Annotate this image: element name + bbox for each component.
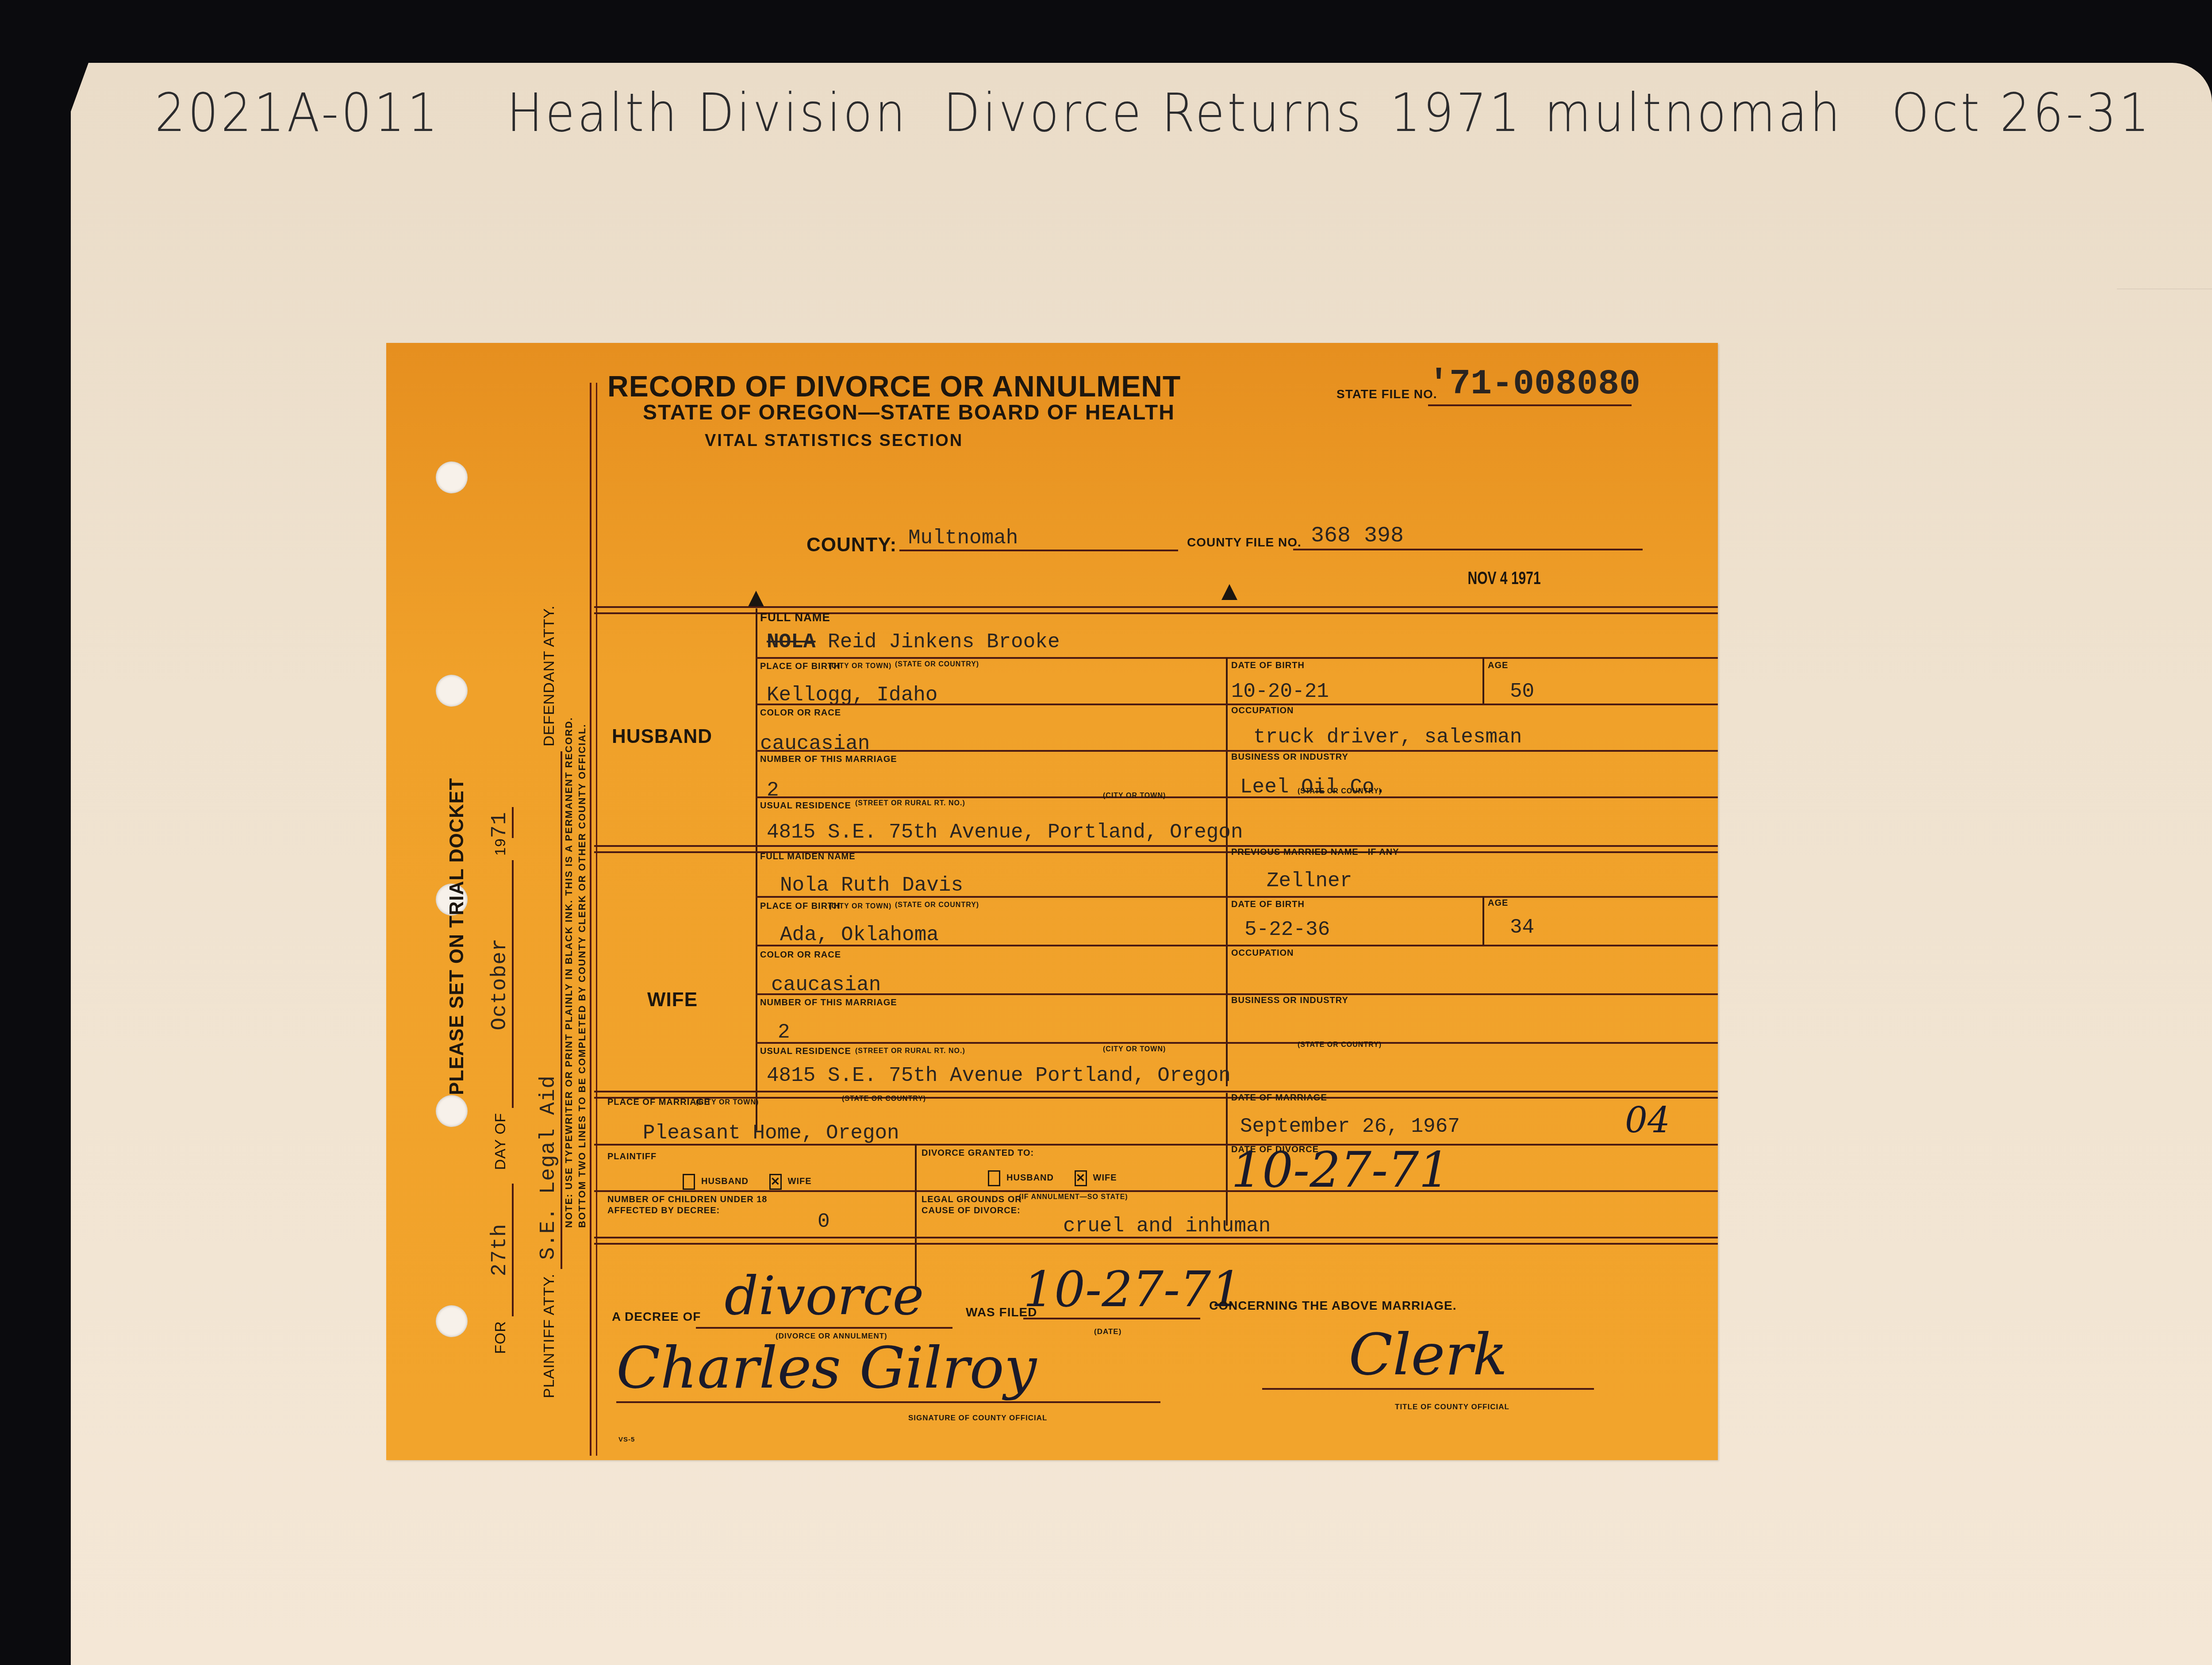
rule [756,657,1718,659]
granted-wife-checkbox[interactable]: ✕ [1075,1170,1087,1186]
wife-residence-field[interactable]: 4815 S.E. 75th Avenue Portland, Oregon [767,1064,1231,1087]
children-label-2: AFFECTED BY DECREE: [607,1206,720,1216]
marriage-place-label: PLACE OF MARRIAGE [607,1097,710,1107]
margin-code: 04 [1625,1100,1670,1141]
folder-accession: 2021A-011 [155,83,440,151]
wife-maiden-name-field[interactable]: Nola Ruth Davis [780,874,963,897]
rule [1226,1093,1228,1226]
form-subtitle: STATE OF OREGON—STATE BOARD OF HEALTH [643,400,1175,425]
wife-age-field[interactable]: 34 [1510,916,1534,939]
granted-to-options: HUSBAND ✕WIFE [988,1170,1117,1186]
folder-corner-cut [71,63,88,112]
rule [1482,657,1484,704]
rule [756,945,1718,946]
husband-age-label: AGE [1488,661,1508,671]
wife-maiden-name-label: FULL MAIDEN NAME [760,852,856,862]
rule [756,796,1718,798]
hint: (STREET OR RURAL RT. NO.) [855,1047,965,1055]
decree-prefix: A DECREE OF [612,1310,701,1324]
plaintiff-label: PLAINTIFF [607,1152,657,1162]
folder-handwritten-label: 2021A-011 Health Division Divorce Return… [155,83,2190,151]
wife-residence-label: USUAL RESIDENCE [760,1046,851,1057]
marriage-place-field[interactable]: Pleasant Home, Oregon [643,1122,899,1145]
wife-prev-name-label: PREVIOUS MARRIED NAME—IF ANY [1231,847,1399,857]
state-file-label: STATE FILE NO. [1336,387,1437,401]
rule [594,1237,1718,1245]
rule [594,1091,1718,1099]
county-field[interactable]: Multnomah [899,527,1178,551]
hint: (CITY OR TOWN) [696,1099,759,1107]
binder-hole [436,675,468,707]
husband-marriage-no-label: NUMBER OF THIS MARRIAGE [760,754,897,765]
husband-race-label: COLOR OR RACE [760,708,841,718]
plaintiff-attorney-field[interactable]: S.E. Legal Aid [537,751,562,1269]
rule [756,750,1718,752]
wife-dob-label: DATE OF BIRTH [1231,900,1305,910]
folder-year: 1971 [1390,83,1522,151]
wife-section-label: WIFE [647,989,698,1011]
wife-marriage-no-label: NUMBER OF THIS MARRIAGE [760,998,897,1008]
alignment-marker [748,591,764,607]
hint: (CITY OR TOWN) [1103,792,1166,800]
county-file-label: COUNTY FILE NO. [1187,535,1302,550]
wife-age-label: AGE [1488,898,1508,908]
rule [594,1144,1718,1146]
hint: (STREET OR RURAL RT. NO.) [855,800,965,808]
rule [756,1042,1718,1044]
plaintiff-options: HUSBAND ✕WIFE [683,1174,812,1190]
wife-race-label: COLOR OR RACE [760,950,841,960]
plaintiff-wife-checkbox[interactable]: ✕ [769,1174,782,1190]
county-label: COUNTY: [806,534,897,556]
granted-to-label: DIVORCE GRANTED TO: [922,1148,1034,1158]
rule [756,704,1718,705]
children-field[interactable]: 0 [818,1210,830,1233]
husband-occupation-label: OCCUPATION [1231,706,1294,716]
husband-business-label: BUSINESS OR INDUSTRY [1231,752,1348,762]
stub-divider [590,383,597,1456]
rule [756,993,1718,995]
docket-year[interactable]: 71 [488,807,514,838]
husband-residence-field[interactable]: 4815 S.E. 75th Avenue, Portland, Oregon [767,821,1243,844]
marriage-date-field[interactable]: September 26, 1967 [1240,1115,1460,1138]
hint: (CITY OR TOWN) [829,903,891,911]
folder-range: Oct 26-31 [1892,83,2152,151]
hint: (STATE OR COUNTRY) [1298,788,1382,796]
official-title-field[interactable]: Clerk [1262,1321,1594,1390]
docket-day[interactable]: 27th [488,1184,514,1316]
received-date-stamp: NOV 4 1971 [1468,569,1541,588]
folder-series: Divorce Returns [943,83,1363,151]
wife-birthplace-field[interactable]: Ada, Oklahoma [780,923,939,946]
hint: (STATE OR COUNTRY) [895,901,979,909]
county-file-number[interactable]: 368 398 [1293,523,1643,550]
wife-prev-name-field[interactable]: Zellner [1267,869,1352,892]
docket-note-1: NOTE: USE TYPEWRITER OR PRINT PLAINLY IN… [563,717,575,1228]
folder-agency: Health Division [507,83,908,151]
docket-note-2: BOTTOM TWO LINES TO BE COMPLETED BY COUN… [576,723,588,1228]
husband-race-field[interactable]: caucasian [760,732,870,755]
husband-marriage-no-field[interactable]: 2 [767,779,779,802]
rule [1226,847,1228,1086]
husband-residence-label: USUAL RESIDENCE [760,801,851,811]
rule [594,1190,1718,1192]
wife-dob-field[interactable]: 5-22-36 [1244,918,1330,941]
docket-attorneys: PLAINTIFF ATTY. S.E. Legal Aid DEFENDANT… [537,605,562,1398]
docket-for-label: FOR 27th DAY OF October 1971 [488,807,514,1354]
grounds-hint: (IF ANNULMENT—SO STATE) [1019,1193,1128,1201]
divorce-date-field[interactable]: 10-27-71 [1231,1142,1450,1198]
rule [756,608,757,1131]
marriage-date-label: DATE OF MARRIAGE [1231,1093,1327,1103]
grounds-label: LEGAL GROUNDS OR [922,1195,1022,1205]
hint: (CITY OR TOWN) [829,662,891,670]
folder-county: multnomah [1544,83,1843,151]
husband-name-field[interactable]: NOLA Reid Jinkens Brooke [767,631,1060,654]
docket-month[interactable]: October [488,860,514,1108]
binder-hole [436,1305,468,1337]
hint: (CITY OR TOWN) [1103,1046,1166,1054]
husband-name-label: FULL NAME [760,611,830,624]
form-title: RECORD OF DIVORCE OR ANNULMENT [607,369,1181,403]
children-label: NUMBER OF CHILDREN UNDER 18 [607,1195,767,1205]
hint: (STATE OR COUNTRY) [895,661,979,669]
form-section: VITAL STATISTICS SECTION [705,431,963,450]
rule [756,896,1718,898]
filed-date-field[interactable]: 10-27-71 [1023,1261,1200,1319]
divorce-record-form: PLEASE SET ON TRIAL DOCKET FOR 27th DAY … [386,343,1718,1460]
husband-section-label: HUSBAND [612,726,712,748]
husband-dob-field[interactable]: 10-20-21 [1231,680,1329,703]
decree-type-field[interactable]: divorce [696,1265,952,1329]
signature-field[interactable]: Charles Gilroy [616,1334,1160,1403]
docket-heading: PLEASE SET ON TRIAL DOCKET [446,778,468,1095]
binder-hole [436,461,468,493]
wife-occupation-label: OCCUPATION [1231,948,1294,958]
hint: TITLE OF COUNTY OFFICIAL [1395,1403,1509,1411]
decree-suffix: CONCERNING THE ABOVE MARRIAGE. [1209,1299,1456,1313]
plaintiff-husband-checkbox[interactable] [683,1174,695,1190]
rule [1482,896,1484,945]
binder-hole [436,1095,468,1127]
form-code: VS-5 [618,1436,635,1443]
hint: (STATE OR COUNTRY) [1298,1041,1382,1049]
state-file-number: '71-008080 [1428,364,1632,406]
grounds-field[interactable]: cruel and inhuman [1063,1215,1271,1238]
hint: SIGNATURE OF COUNTY OFFICIAL [908,1414,1047,1423]
granted-husband-checkbox[interactable] [988,1170,1000,1186]
wife-business-label: BUSINESS OR INDUSTRY [1231,996,1348,1006]
grounds-label-2: CAUSE OF DIVORCE: [922,1206,1021,1216]
husband-occupation-field[interactable]: truck driver, salesman [1253,726,1522,749]
alignment-marker [1221,584,1237,600]
husband-age-field[interactable]: 50 [1510,680,1534,703]
wife-marriage-no-field[interactable]: 2 [778,1021,790,1044]
husband-dob-label: DATE OF BIRTH [1231,661,1305,671]
hint: (STATE OR COUNTRY) [842,1095,926,1103]
